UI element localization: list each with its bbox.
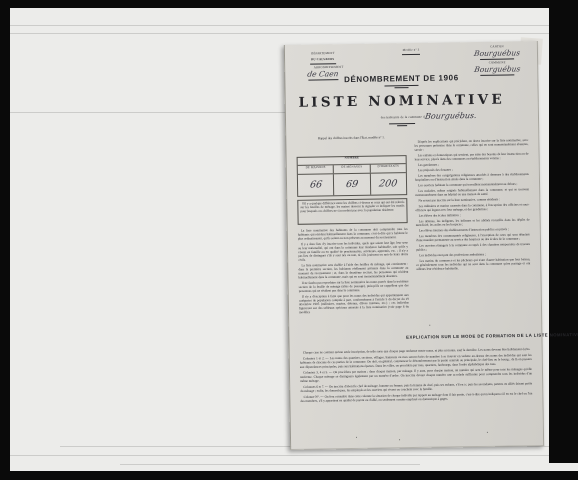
explanation-section: EXPLICATION SUR LE MODE DE FORMATION DE … [299,328,533,451]
dust-speck [429,325,430,326]
paragraph: Les marins du commerce et les pêcheurs q… [416,257,530,271]
main-title: LISTE NOMINATIVE [288,91,516,111]
rule [480,58,514,60]
paragraph: Les militaires et marins casernés dans l… [415,202,529,212]
dust-speck [399,439,400,440]
left-instructions: La liste nominative des habitants de la … [298,227,410,341]
paragraph: Les enfants et domestiques qui seraient,… [415,152,529,162]
dust-speck [487,432,488,433]
explanation-paragraphs: Chaque case ne contient qu'une seule ins… [300,347,534,451]
header-canton-commune-block: CANTON Bourguébus COMMUNE Bourguébus [463,43,531,76]
right-instructions: D'après les explications qui précèdent, … [414,138,531,312]
dust-speck [356,437,357,438]
recap-column: Rappel des chiffres inscrits dans l'État… [296,135,409,341]
scan-artifact-line [10,33,549,34]
recap-caption: Rappel des chiffres inscrits dans l'État… [296,135,406,147]
commune-label: COMMUNE [489,62,506,64]
paragraph: Les membres des congrégations religieuse… [415,172,529,182]
recap-table-values: 66 69 200 [298,173,406,196]
value-habitants: 200 [370,173,407,195]
column-header-maisons: DE MAISONS [298,165,333,174]
explanation-heading: EXPLICATION SUR LE MODE DE FORMATION DE … [299,328,531,350]
document-page: DÉPARTEMENT DU CALVADOS ARRONDISSEMENT d… [284,41,544,450]
paragraph: La liste nominative sera établie à l'aid… [298,262,408,280]
scan-border-right [549,8,578,463]
rule [402,54,420,55]
paragraph: La liste nominative des habitants de la … [298,227,408,241]
subtitle-prefix: des habitants de la commune d [381,115,425,119]
rule [310,63,336,64]
header-model-block: Modèle n° 3 [373,46,449,55]
paragraph: Colonne N°. — On fera connaître dans cet… [300,392,532,404]
scan-artifact-line [10,455,549,456]
column-header-menages: DE MÉNAGES [333,165,369,174]
paragraph: D'après les explications qui précèdent, … [414,138,528,152]
recap-note-box: S'il y a quelque différence entre les ch… [297,198,407,225]
scan-artifact-line [120,464,420,465]
arrondissement-label: ARRONDISSEMENT [314,66,344,68]
recap-table: NOMBRE DE MAISONS DE MÉNAGES D'HABITANTS… [297,155,408,197]
column-header-habitants: D'HABITANTS [369,164,405,173]
value-maisons: 66 [298,174,334,196]
department-value: DU CALVADOS [311,58,334,60]
canton-value-handwritten: Bourguébus [473,49,520,58]
paragraph: Les ouvriers étrangers à la commune occu… [416,242,530,252]
scanned-census-page: DÉPARTEMENT DU CALVADOS ARRONDISSEMENT d… [0,0,578,480]
scan-border-bottom [0,471,578,480]
paragraph: Les membres des communautés religieuses,… [416,233,530,243]
scan-artifact-line [10,112,287,113]
scan-artifact-line [10,25,549,26]
paragraph: Il ne faudra pas reproduire sur la liste… [299,279,409,293]
value-menages: 69 [333,174,370,196]
canton-label: CANTON [490,46,503,48]
scan-border-left [0,0,10,480]
paragraph: Il n'y a d'exception à faire que pour le… [299,293,409,315]
paragraph: Il y a donc lieu d'y inscrire tous les i… [298,240,408,262]
paragraph: Les détenus, les indigents, les infirmes… [416,218,530,228]
paragraph: Les malades, même soignés habituellement… [415,187,529,197]
model-label: Modèle n° 3 [402,49,419,51]
department-label: DÉPARTEMENT [311,52,334,54]
scan-border-top [0,0,578,8]
recap-note: S'il y a quelque différence entre les ch… [300,200,404,213]
subtitle-commune-handwritten: Bourguébus. [424,112,477,121]
